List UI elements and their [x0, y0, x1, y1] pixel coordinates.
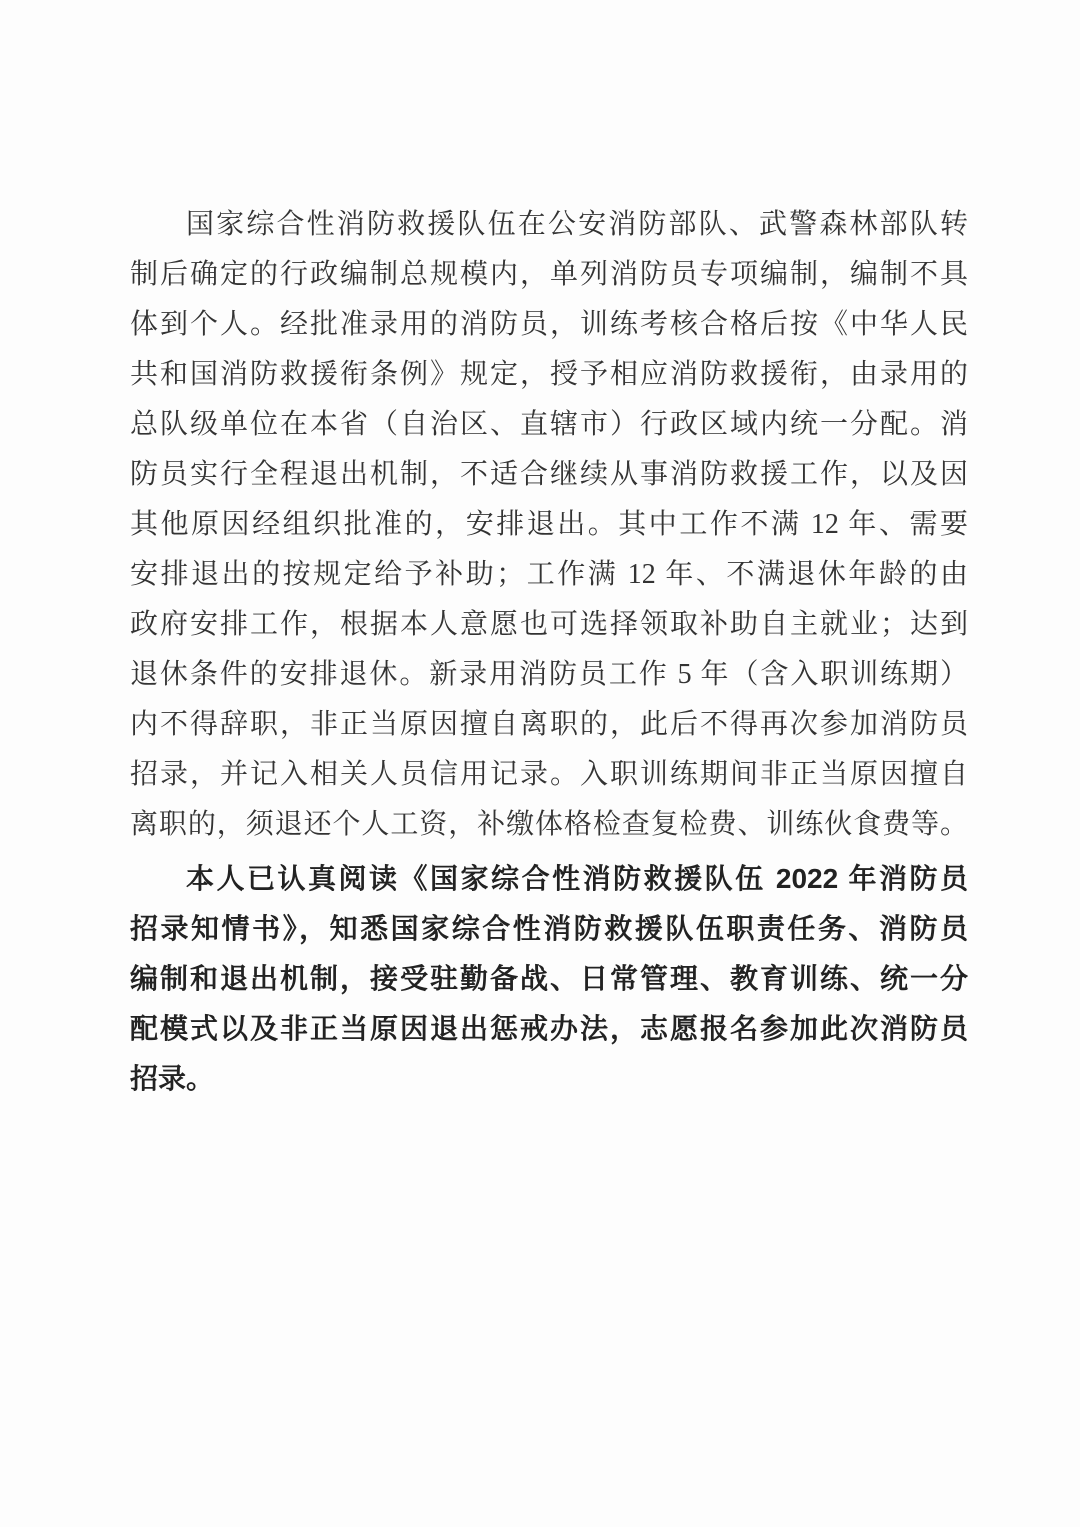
text-line: 制后确定的行政编制总规模内，单列消防员专项编制，编制不具 [130, 250, 968, 300]
text-line: 其他原因经组织批准的，安排退出。其中工作不满 12 年、需要 [130, 500, 968, 550]
text-line: 防员实行全程退出机制，不适合继续从事消防救援工作，以及因 [130, 450, 968, 500]
text-line: 招录，并记入相关人员信用记录。入职训练期间非正当原因擅自 [130, 750, 968, 800]
text-line: 安排退出的按规定给予补助；工作满 12 年、不满退休年龄的由 [130, 550, 968, 600]
text-line: 内不得辞职，非正当原因擅自离职的，此后不得再次参加消防员 [130, 700, 968, 750]
text-line: 编制和退出机制，接受驻勤备战、日常管理、教育训练、统一分 [130, 954, 968, 1004]
text-line: 总队级单位在本省（自治区、直辖市）行政区域内统一分配。消 [130, 400, 968, 450]
text-line: 国家综合性消防救援队伍在公安消防部队、武警森林部队转 [130, 200, 968, 250]
document-page: 国家综合性消防救援队伍在公安消防部队、武警森林部队转 制后确定的行政编制总规模内… [0, 0, 1080, 1527]
text-line: 共和国消防救援衔条例》规定，授予相应消防救援衔，由录用的 [130, 350, 968, 400]
text-line: 配模式以及非正当原因退出惩戒办法，志愿报名参加此次消防员 [130, 1004, 968, 1054]
text-line: 离职的，须退还个人工资，补缴体格检查复检费、训练伙食费等。 [130, 800, 968, 850]
text-line: 本人已认真阅读《国家综合性消防救援队伍 2022 年消防员 [130, 854, 968, 904]
paragraph-recruitment-policy: 国家综合性消防救援队伍在公安消防部队、武警森林部队转 制后确定的行政编制总规模内… [130, 200, 968, 850]
text-line: 招录。 [130, 1054, 968, 1104]
text-line: 政府安排工作，根据本人意愿也可选择领取补助自主就业；达到 [130, 600, 968, 650]
text-line: 退休条件的安排退休。新录用消防员工作 5 年（含入职训练期） [130, 650, 968, 700]
text-line: 体到个人。经批准录用的消防员，训练考核合格后按《中华人民 [130, 300, 968, 350]
text-line: 招录知情书》，知悉国家综合性消防救援队伍职责任务、消防员 [130, 904, 968, 954]
document-body: 国家综合性消防救援队伍在公安消防部队、武警森林部队转 制后确定的行政编制总规模内… [130, 200, 968, 1104]
paragraph-declaration: 本人已认真阅读《国家综合性消防救援队伍 2022 年消防员 招录知情书》，知悉国… [130, 854, 968, 1104]
